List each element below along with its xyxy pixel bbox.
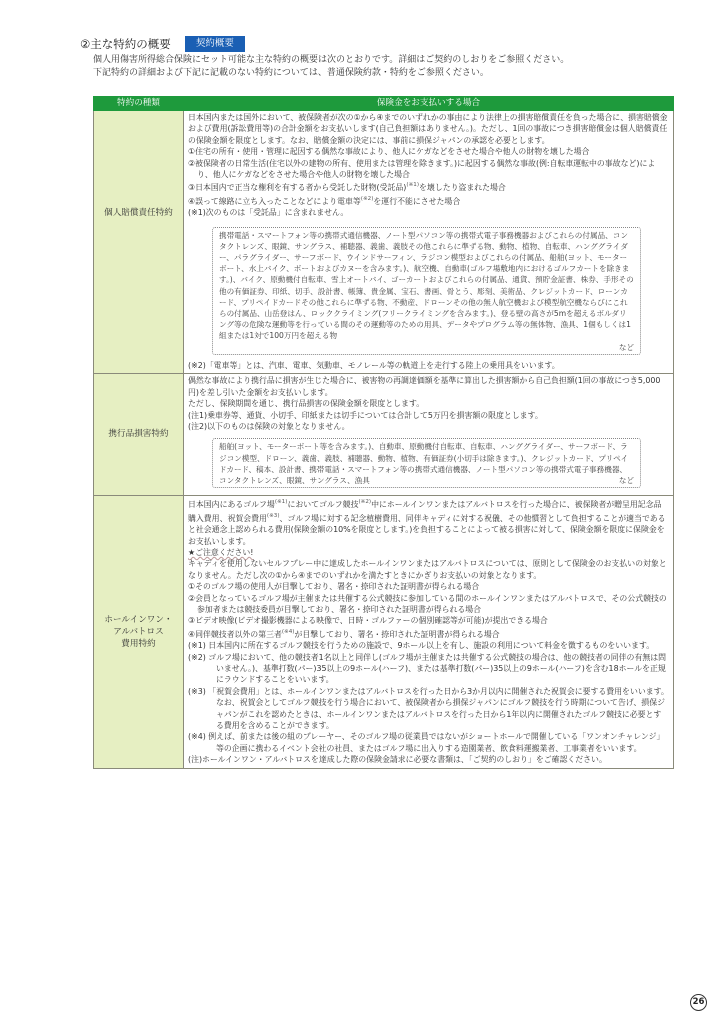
- footnote-ref: (※4): [282, 629, 295, 635]
- footnote-1: (※1)次のものは「受託品」に含まれません。: [188, 207, 669, 218]
- condition-item-1: ①そのゴルフ場の使用人が目撃しており、署名・捺印された証明書が得られる場合: [188, 581, 669, 592]
- rider-description: 日本国内にあるゴルフ場(※1)においてゴルフ競技(※2)中にホールインワンまたは…: [184, 496, 674, 768]
- box-etc: など: [219, 342, 634, 353]
- intro-line-2: 下記特約の詳細および下記に記載のない特約については、普通保険約款・特約をご参照く…: [93, 67, 683, 80]
- case-item-3: ③日本国内で正当な権利を有する者から受託した財物(受託品)(※1)を壊したり盗ま…: [188, 180, 669, 193]
- description-limit: ただし、保険期間を通じ、携行品損害の保険金額を限度とします。: [188, 398, 669, 409]
- header-rider-type: 特約の種類: [94, 97, 184, 111]
- table-row-hole-in-one: ホールインワン・ アルバトロス 費用特約 日本国内にあるゴルフ場(※1)において…: [94, 496, 674, 768]
- section-heading: ②主な特約の概要 契約概要: [80, 36, 245, 52]
- condition-item-4: ④同伴競技者以外の第三者(※4)が目撃しており、署名・捺印された証明書が得られる…: [188, 627, 669, 640]
- caution-heading: ★ご注意ください!: [188, 547, 669, 558]
- excluded-items-text: 携帯電話・スマートフォン等の携帯式通信機器、ノート型パソコン等の携帯式電子事務機…: [219, 230, 634, 342]
- table-header-row: 特約の種類 保険金をお支払いする場合: [94, 97, 674, 111]
- rider-label: ホールインワン・ アルバトロス 費用特約: [94, 496, 184, 768]
- rider-description: 日本国内または国外において、被保険者が次の①から④までのいずれかの事由により法律…: [184, 111, 674, 374]
- rider-label: 個人賠償責任特約: [94, 111, 184, 374]
- case-item-2: ②被保険者の日常生活(住宅以外の建物の所有、使用または管理を除きます。)に起因す…: [188, 158, 669, 181]
- condition-item-2: ②会員となっているゴルフ場が主催または共催する公式競技に参加している間のホールイ…: [188, 593, 669, 616]
- intro-text: 個人用傷害所得総合保険にセット可能な主な特約の概要は次のとおりです。詳細はご契約…: [93, 54, 683, 80]
- case-item-1: ①住宅の所有・使用・管理に起因する偶然な事故により、他人にケガなどをさせた場合や…: [188, 146, 669, 157]
- table-row-personal-belongings: 携行品損害特約 偶然な事故により携行品に損害が生じた場合に、被害物の再調達価額を…: [94, 374, 674, 496]
- description-text: 日本国内にあるゴルフ場(※1)においてゴルフ競技(※2)中にホールインワンまたは…: [188, 497, 669, 547]
- note-2: (注2)以下のものは保険の対象となりません。: [188, 421, 669, 432]
- page-number: 26: [690, 994, 707, 1011]
- condition-item-3: ③ビデオ映像(ビデオ撮影機器による映像で、日時・ゴルファーの個別確認等が可能)が…: [188, 615, 669, 626]
- section-title: ②主な特約の概要: [80, 36, 171, 52]
- intro-line-1: 個人用傷害所得総合保険にセット可能な主な特約の概要は次のとおりです。詳細はご契約…: [93, 54, 683, 67]
- footnote-1: (※1) 日本国内に所在するゴルフ競技を行うための施設で、9ホール以上を有し、施…: [188, 640, 669, 651]
- rider-description: 偶然な事故により携行品に損害が生じた場合に、被害物の再調達価額を基準に算出した損…: [184, 374, 674, 496]
- excluded-items-box: 船舶(ヨット、モーターボート等を含みます。)、自動車、原動機付自転車、自転車、ハ…: [212, 438, 641, 488]
- footnote-2: (※2)「電車等」とは、汽車、電車、気動車、モノレール等の軌道上を走行する陸上の…: [188, 360, 669, 371]
- description-text: 日本国内または国外において、被保険者が次の①から④までのいずれかの事由により法律…: [188, 112, 669, 146]
- document-page: ②主な特約の概要 契約概要 個人用傷害所得総合保険にセット可能な主な特約の概要は…: [0, 0, 725, 1024]
- header-payment-cases: 保険金をお支払いする場合: [184, 97, 674, 111]
- rider-summary-table: 特約の種類 保険金をお支払いする場合 個人賠償責任特約 日本国内または国外におい…: [93, 96, 674, 769]
- footnote-2: (※2) ゴルフ場において、他の競技者1名以上と同伴し(ゴルフ場が主催または共催…: [188, 652, 669, 686]
- case-item-4: ④誤って線路に立ち入ったことなどにより電車等(※2)を運行不能にさせた場合: [188, 194, 669, 207]
- rider-label: 携行品損害特約: [94, 374, 184, 496]
- contract-summary-badge: 契約概要: [185, 36, 245, 52]
- excluded-items-box: 携帯電話・スマートフォン等の携帯式通信機器、ノート型パソコン等の携帯式電子事務機…: [212, 227, 641, 355]
- note-1: (注1)乗車券等、通貨、小切手、印紙または切手については合計して5万円を損害額の…: [188, 410, 669, 421]
- description-text: 偶然な事故により携行品に損害が生じた場合に、被害物の再調達価額を基準に算出した損…: [188, 375, 669, 398]
- footnote-ref: (※1): [406, 182, 419, 188]
- footnote-4: (※4) 例えば、前または後の組のプレーヤー、そのゴルフ場の従業員ではないがショ…: [188, 731, 669, 754]
- footnote-3: (※3) 「祝賀会費用」とは、ホールインワンまたはアルバトロスを行った日から3か…: [188, 686, 669, 732]
- final-note: (注)ホールインワン・アルバトロスを達成した際の保険金請求に必要な書類は、「ご契…: [188, 754, 669, 765]
- footnote-ref: (※2): [361, 196, 374, 202]
- table-row-personal-liability: 個人賠償責任特約 日本国内または国外において、被保険者が次の①から④までのいずれ…: [94, 111, 674, 374]
- footnote-ref: (※1): [275, 499, 288, 505]
- caution-text: キャディを使用しないセルフプレー中に達成したホールインワンまたはアルバトロスにつ…: [188, 558, 669, 581]
- footnote-ref: (※3): [267, 513, 280, 519]
- footnote-ref: (※2): [358, 499, 371, 505]
